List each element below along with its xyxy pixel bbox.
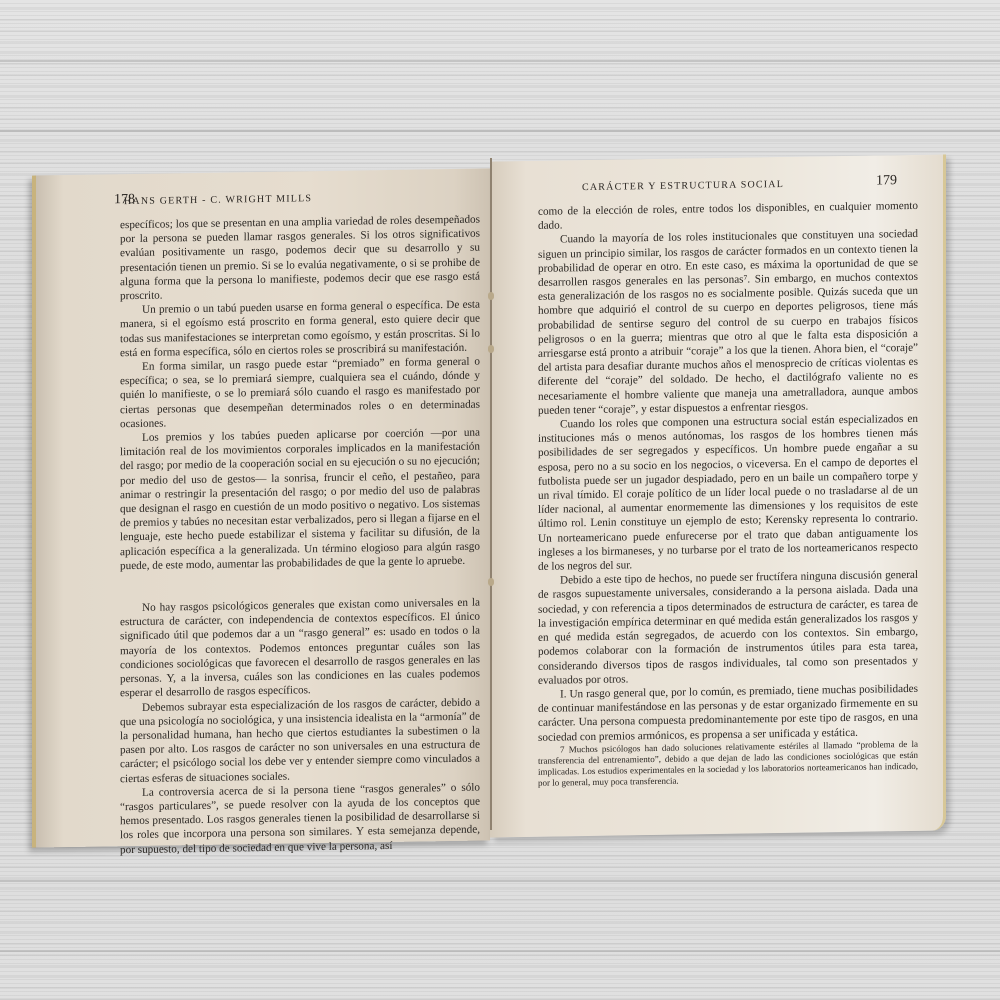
page-body: específicos; los que se presentan en una… xyxy=(120,213,480,857)
paragraph: En forma similar, un rasgo puede estar “… xyxy=(120,355,480,432)
page-body: como de la elección de roles, entre todo… xyxy=(538,199,918,789)
paragraph: específicos; los que se presentan en una… xyxy=(120,213,480,304)
paragraph: La controversia acerca de si la persona … xyxy=(120,780,480,857)
binding-stitch xyxy=(488,345,494,353)
book-spine xyxy=(490,158,492,830)
page-number: 179 xyxy=(876,173,897,189)
footnote: 7 Muchos psicólogos han dado soluciones … xyxy=(538,739,918,789)
running-head: HANS GERTH - C. WRIGHT MILLS xyxy=(36,190,490,208)
paragraph: Los premios y los tabúes pueden aplicars… xyxy=(120,426,480,574)
paragraph: Cuando la mayoría de los roles instituci… xyxy=(538,227,918,418)
paragraph: I. Un rasgo general que, por lo común, e… xyxy=(538,682,918,745)
paragraph: Debido a este tipo de hechos, no puede s… xyxy=(538,568,918,688)
open-book: 178 HANS GERTH - C. WRIGHT MILLS específ… xyxy=(0,0,1000,1000)
paragraph: No hay rasgos psicológicos generales que… xyxy=(120,596,480,701)
paragraph: Debemos subrayar esta especialización de… xyxy=(120,695,480,786)
binding-stitch xyxy=(488,578,494,586)
left-page: 178 HANS GERTH - C. WRIGHT MILLS específ… xyxy=(32,168,490,847)
binding-stitch xyxy=(488,292,494,300)
paragraph: Un premio o un tabú pueden usarse en for… xyxy=(120,298,480,360)
paragraph: Cuando los roles que componen una estruc… xyxy=(538,412,918,574)
right-page: CARÁCTER Y ESTRUCTURA SOCIAL 179 como de… xyxy=(490,154,946,837)
